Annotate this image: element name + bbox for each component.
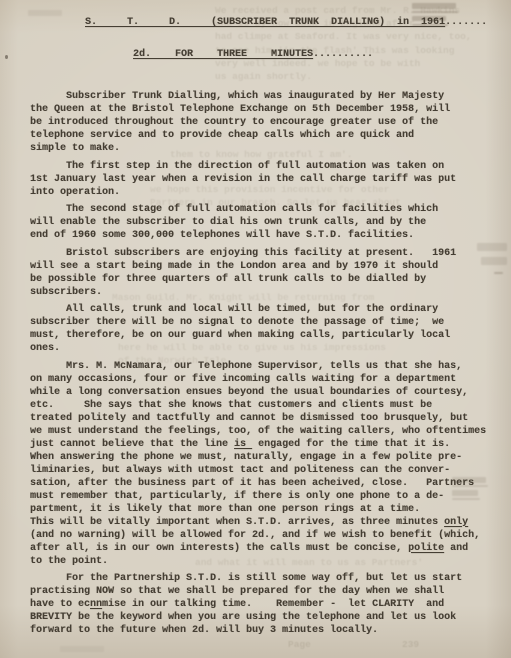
- text-line: into operation.: [30, 186, 511, 199]
- text-line: When answering the phone we must, natura…: [30, 451, 511, 464]
- text-line: BREVITY be the keyword when you are usin…: [30, 611, 511, 624]
- paragraph: The second stage of full automation call…: [30, 203, 511, 242]
- document-title: S. T. D. (SUBSCRIBER TRUNK DIALLING) in …: [85, 16, 511, 29]
- document-subtitle: 2d. FOR THREE MINUTES..........: [133, 48, 511, 61]
- text-line: must, therefore, be on our guard when ma…: [30, 329, 511, 342]
- text-line: we must understand the feelings, too, of…: [30, 425, 511, 438]
- text-line: The second stage of full automation call…: [30, 203, 511, 216]
- text-line: be possible for three quarters of all tr…: [30, 273, 511, 286]
- typed-content: S. T. D. (SUBSCRIBER TRUNK DIALLING) in …: [0, 0, 511, 658]
- text-line: The first step in the direction of full …: [30, 160, 511, 173]
- text-line: Mrs. M. McNamara, our Telephone Supervis…: [30, 360, 511, 373]
- text-line: treated politely and tactfully and canno…: [30, 412, 511, 425]
- text-line: ones.: [30, 342, 511, 355]
- text-line: have to ecnnmise in our talking time. Re…: [30, 598, 511, 611]
- paragraph: Mrs. M. McNamara, our Telephone Supervis…: [30, 360, 511, 568]
- paragraph: All calls, trunk and local will be timed…: [30, 303, 511, 355]
- text-line: practising NOW so that we shall be prepa…: [30, 585, 511, 598]
- paragraph: For the Partnership S.T.D. is still some…: [30, 572, 511, 637]
- text-line: forward to the future when 2d. will buy …: [30, 624, 511, 637]
- text-line: be introduced throughout the country to …: [30, 116, 511, 129]
- text-line: 1st January last year when a revision in…: [30, 173, 511, 186]
- text-line: partment, it is likely that more than on…: [30, 503, 511, 516]
- text-line: For the Partnership S.T.D. is still some…: [30, 572, 511, 585]
- paragraph: Subscriber Trunk Dialling, which was ina…: [30, 90, 511, 155]
- text-line: telephone service and to provide cheap c…: [30, 129, 511, 142]
- text-line: Subscriber Trunk Dialling, which was ina…: [30, 90, 511, 103]
- text-line: the Queen at the Bristol Telephone Excha…: [30, 103, 511, 116]
- text-line: will enable the subscriber to dial his o…: [30, 216, 511, 229]
- document-body: Subscriber Trunk Dialling, which was ina…: [30, 90, 511, 637]
- text-line: to the point.: [30, 555, 511, 568]
- text-line: will see a start being made in the Londo…: [30, 260, 511, 273]
- text-line: sation, after the business part of it ha…: [30, 477, 511, 490]
- text-line: end of 1960 some 300,000 telephones will…: [30, 229, 511, 242]
- text-line: Bristol subscribers are enjoying this fa…: [30, 247, 511, 260]
- text-line: just cannot believe that the line is eng…: [30, 438, 511, 451]
- text-line: must remember that, particularly, if the…: [30, 490, 511, 503]
- text-line: All calls, trunk and local will be timed…: [30, 303, 511, 316]
- text-line: subscribers.: [30, 286, 511, 299]
- text-line: This will be vitally important when S.T.…: [30, 516, 511, 529]
- paragraph: The first step in the direction of full …: [30, 160, 511, 199]
- text-line: etc. She says that she knows that custom…: [30, 399, 511, 412]
- text-line: after all, is in our own interests) the …: [30, 542, 511, 555]
- text-line: liminaries, but always with utmost tact …: [30, 464, 511, 477]
- scanned-document-page: We received a post card from Mr. R. Hawk…: [0, 0, 511, 658]
- text-line: while a long conversation ensues beyond …: [30, 386, 511, 399]
- text-line: subscriber there will be no signal to de…: [30, 316, 511, 329]
- text-line: on many occasions, four or five incoming…: [30, 373, 511, 386]
- text-line: (and no warning) will be allowed for 2d.…: [30, 529, 511, 542]
- paragraph: Bristol subscribers are enjoying this fa…: [30, 247, 511, 299]
- text-line: simple to make.: [30, 142, 511, 155]
